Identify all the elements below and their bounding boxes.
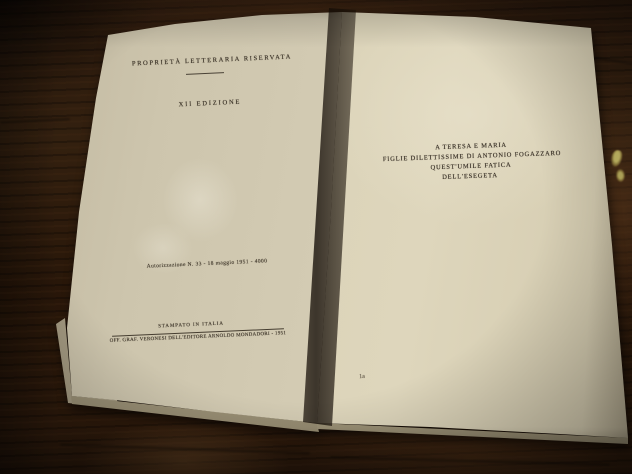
- dedication-line-3: QUEST'UMILE FATICA: [430, 162, 511, 172]
- dedication-line-4: DELL'ESEGETA: [442, 172, 498, 181]
- pencil-mark: 1a: [359, 374, 365, 380]
- printed-in-italy-line: STAMPATO IN ITALIA: [158, 322, 224, 330]
- authorization-line: Autorizzazione N. 33 - 18 maggio 1951 - …: [147, 258, 268, 269]
- edition-statement: XII EDIZIONE: [179, 99, 242, 109]
- open-book: PROPRIETÀ LETTERARIA RISERVATA XII EDIZI…: [0, 0, 632, 474]
- book-photo: PROPRIETÀ LETTERARIA RISERVATA XII EDIZI…: [0, 0, 632, 474]
- copyright-underline-rule: [186, 72, 224, 75]
- dedication-line-2: FIGLIE DILETTISSIME DI ANTONIO FOGAZZARO: [383, 150, 562, 163]
- dedication-line-1: A TERESA E MARIA: [435, 142, 507, 151]
- copyright-notice: PROPRIETÀ LETTERARIA RISERVATA: [132, 54, 292, 68]
- printer-imprint-line: OFF. GRAF. VERONESI DELL'EDITORE ARNOLDO…: [110, 331, 287, 344]
